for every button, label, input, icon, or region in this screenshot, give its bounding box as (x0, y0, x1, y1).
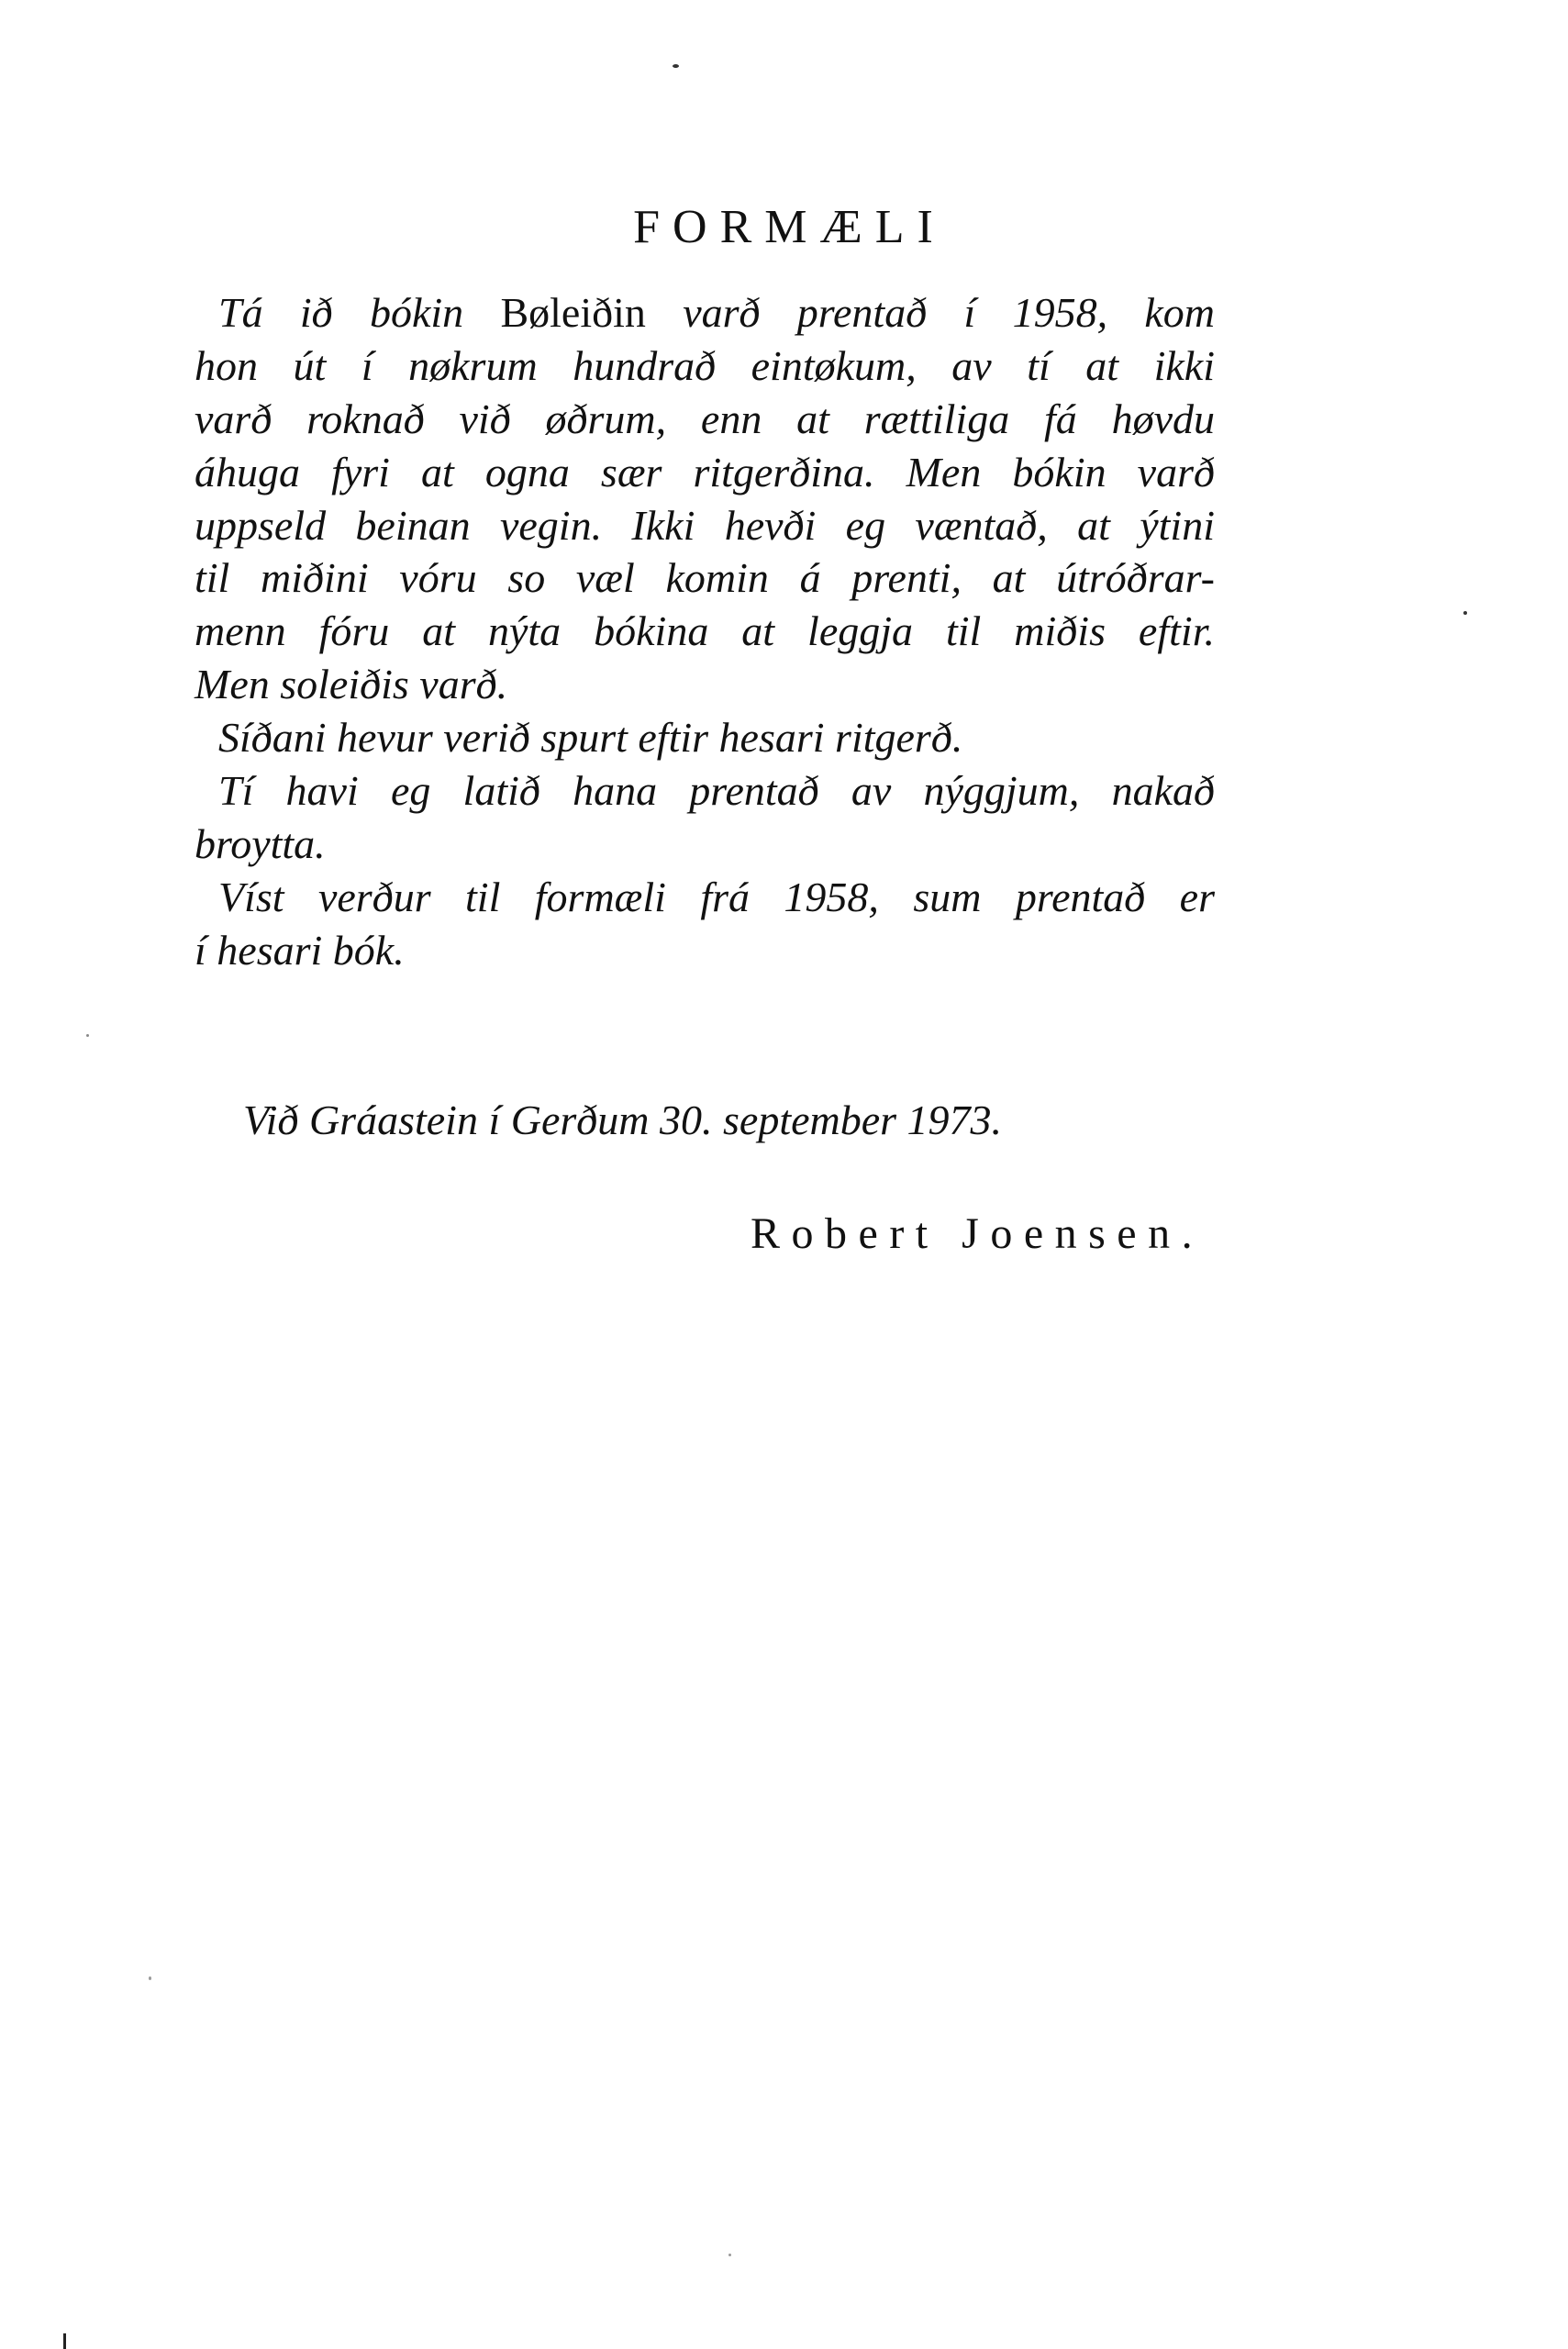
text-line: í hesari bók. (195, 924, 1215, 977)
text-line: menn fóru at nýta bókina at leggja til m… (195, 605, 1215, 658)
text-line: Tí havi eg latið hana prentað av nýggjum… (195, 764, 1215, 818)
scan-tick-mark (63, 2333, 66, 2349)
text-line: broytta. (195, 818, 1215, 871)
book-title: Bøleiðin (500, 289, 645, 336)
scan-speck (728, 2254, 731, 2256)
text-line: til miðini vóru so væl komin á prenti, a… (195, 551, 1215, 605)
scan-speck (1463, 611, 1467, 615)
author-signature: Robert Joensen. (751, 1208, 1204, 1261)
text-line: Men soleiðis varð. (195, 658, 1215, 711)
preface-body: Tá ið bókin Bøleiðin varð prentað í 1958… (195, 286, 1215, 977)
scan-speck (149, 1976, 151, 1980)
scan-speck (86, 1034, 89, 1037)
text-line: varð roknað við øðrum, enn at rættiliga … (195, 393, 1215, 446)
text-line: uppseld beinan vegin. Ikki hevði eg vænt… (195, 499, 1215, 552)
document-page: FORMÆLI Tá ið bókin Bøleiðin varð prenta… (0, 0, 1568, 2349)
scan-speck (673, 64, 679, 68)
text-line: Síðani hevur verið spurt eftir hesari ri… (195, 711, 1215, 764)
text-line: Tá ið bókin Bøleiðin varð prentað í 1958… (195, 286, 1215, 340)
page-title: FORMÆLI (0, 200, 1568, 255)
text-line: áhuga fyri at ogna sær ritgerðina. Men b… (195, 446, 1215, 499)
dateline: Við Gráastein í Gerðum 30. september 197… (243, 1094, 1002, 1147)
text-segment: varð prentað í 1958, kom (646, 289, 1215, 336)
text-segment: Tá ið bókin (218, 289, 500, 336)
text-line: Víst verður til formæli frá 1958, sum pr… (195, 871, 1215, 924)
text-line: hon út í nøkrum hundrað eintøkum, av tí … (195, 340, 1215, 393)
